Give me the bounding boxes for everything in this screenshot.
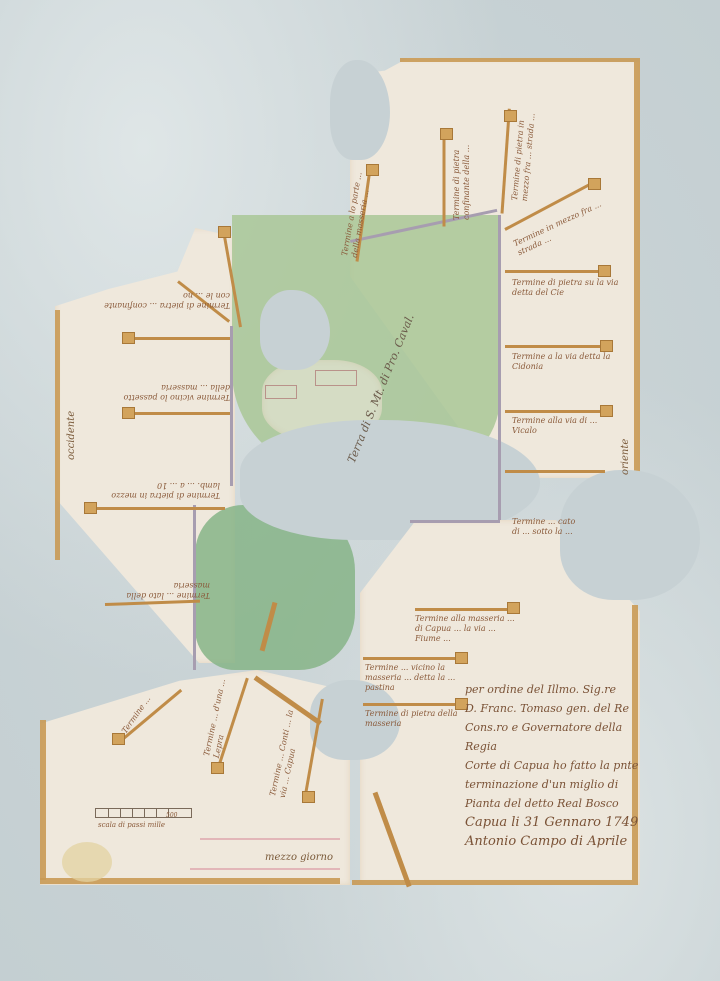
attestation-date: Capua li 31 Gennaro 1749 <box>465 813 640 832</box>
marker-pole-right-1 <box>505 270 600 273</box>
scale-number: 500 <box>166 811 177 821</box>
marker-cap-leftmid-1 <box>84 502 97 514</box>
road-line <box>190 868 340 870</box>
marker-pole-leftmid-1 <box>95 507 225 510</box>
road-line <box>200 838 340 840</box>
attestation-line: Cons.ro e Governatore della Regia <box>465 718 640 756</box>
marker-pole-centerright-2 <box>363 657 458 660</box>
scale-label: scala di passi mille <box>98 820 165 830</box>
marker-pole-centerright-1 <box>415 608 510 611</box>
building-icon <box>315 370 357 386</box>
note-left-1: Termine di pietra ... confinante con le … <box>100 290 230 310</box>
note-right-1: Termine di pietra su la via detta del Ci… <box>512 278 622 298</box>
marker-cap-left-2 <box>122 407 135 419</box>
marker-cap-top-3 <box>504 110 517 122</box>
note-right-2: Termine a la via detta la Cidonia <box>512 352 622 372</box>
boundary-line-west <box>230 326 233 486</box>
direction-south: mezzo giorno <box>265 852 333 863</box>
note-right-mid: Termine ... cato di ... sotto la ... <box>512 517 582 537</box>
marker-cap-top-right <box>588 178 601 190</box>
border-bottom-right <box>352 880 632 885</box>
marker-cap-bottom-2 <box>211 762 224 774</box>
attestation-line: D. Franc. Tomaso gen. del Re <box>465 699 640 718</box>
marker-pole-centerright-3 <box>363 703 458 706</box>
note-centerright-3: Termine di pietra della masseria <box>365 709 465 729</box>
seal-stamp <box>62 842 112 882</box>
attestation-block: per ordine del Illmo. Sig.re D. Franc. T… <box>465 680 640 851</box>
attestation-line: terminazione d'un miglio di <box>465 775 640 794</box>
boundary-line-southeast <box>410 520 500 523</box>
attestation-signature: Antonio Campo di Aprile <box>465 832 640 851</box>
note-left-2: Termine vicino lo passetto della ... mas… <box>110 382 230 402</box>
attestation-line: Pianta del detto Real Bosco <box>465 794 640 813</box>
border-left-bottom <box>40 720 46 880</box>
note-top-2: Termine di pietra confinante della ... <box>452 125 472 220</box>
marker-cap-right-1 <box>598 265 611 277</box>
boundary-line-east <box>498 215 501 520</box>
marker-pole-left-1 <box>130 337 230 340</box>
note-centerright-2: Termine ... vicino la masseria ... detta… <box>365 663 475 693</box>
direction-east: oriente <box>620 439 631 475</box>
border-top <box>400 58 640 62</box>
marker-cap-left-1 <box>122 332 135 344</box>
tear-top-left <box>330 60 390 160</box>
note-leftmid-1: Termine di pietra in mezzo lamb. ... a .… <box>100 480 220 500</box>
marker-pole-right-3 <box>505 410 605 413</box>
marker-pole-right-4 <box>505 470 605 473</box>
marker-cap-right-2 <box>600 340 613 352</box>
attestation-line: Corte di Capua ho fatto la pnte <box>465 756 640 775</box>
marker-pole-right-2 <box>505 345 605 348</box>
building-icon <box>265 385 297 399</box>
note-leftmid-2: Termine ... lato della masseria <box>110 580 210 600</box>
tear-center-upper <box>260 290 330 370</box>
border-left <box>55 310 60 560</box>
attestation-line: per ordine del Illmo. Sig.re <box>465 680 640 699</box>
note-centerright-1: Termine alla masseria ... di Capua ... l… <box>415 614 515 644</box>
border-right-top <box>634 62 640 472</box>
marker-cap-bottom-1 <box>112 733 125 745</box>
direction-west: occidente <box>66 411 77 460</box>
marker-cap-left-vert <box>218 226 231 238</box>
marker-cap-centerright-1 <box>507 602 520 614</box>
marker-cap-bottom-3 <box>302 791 315 803</box>
marker-pole-top-2 <box>443 132 446 227</box>
marker-pole-left-2 <box>130 412 230 415</box>
note-right-3: Termine alla via di ... Vicalo <box>512 416 622 436</box>
